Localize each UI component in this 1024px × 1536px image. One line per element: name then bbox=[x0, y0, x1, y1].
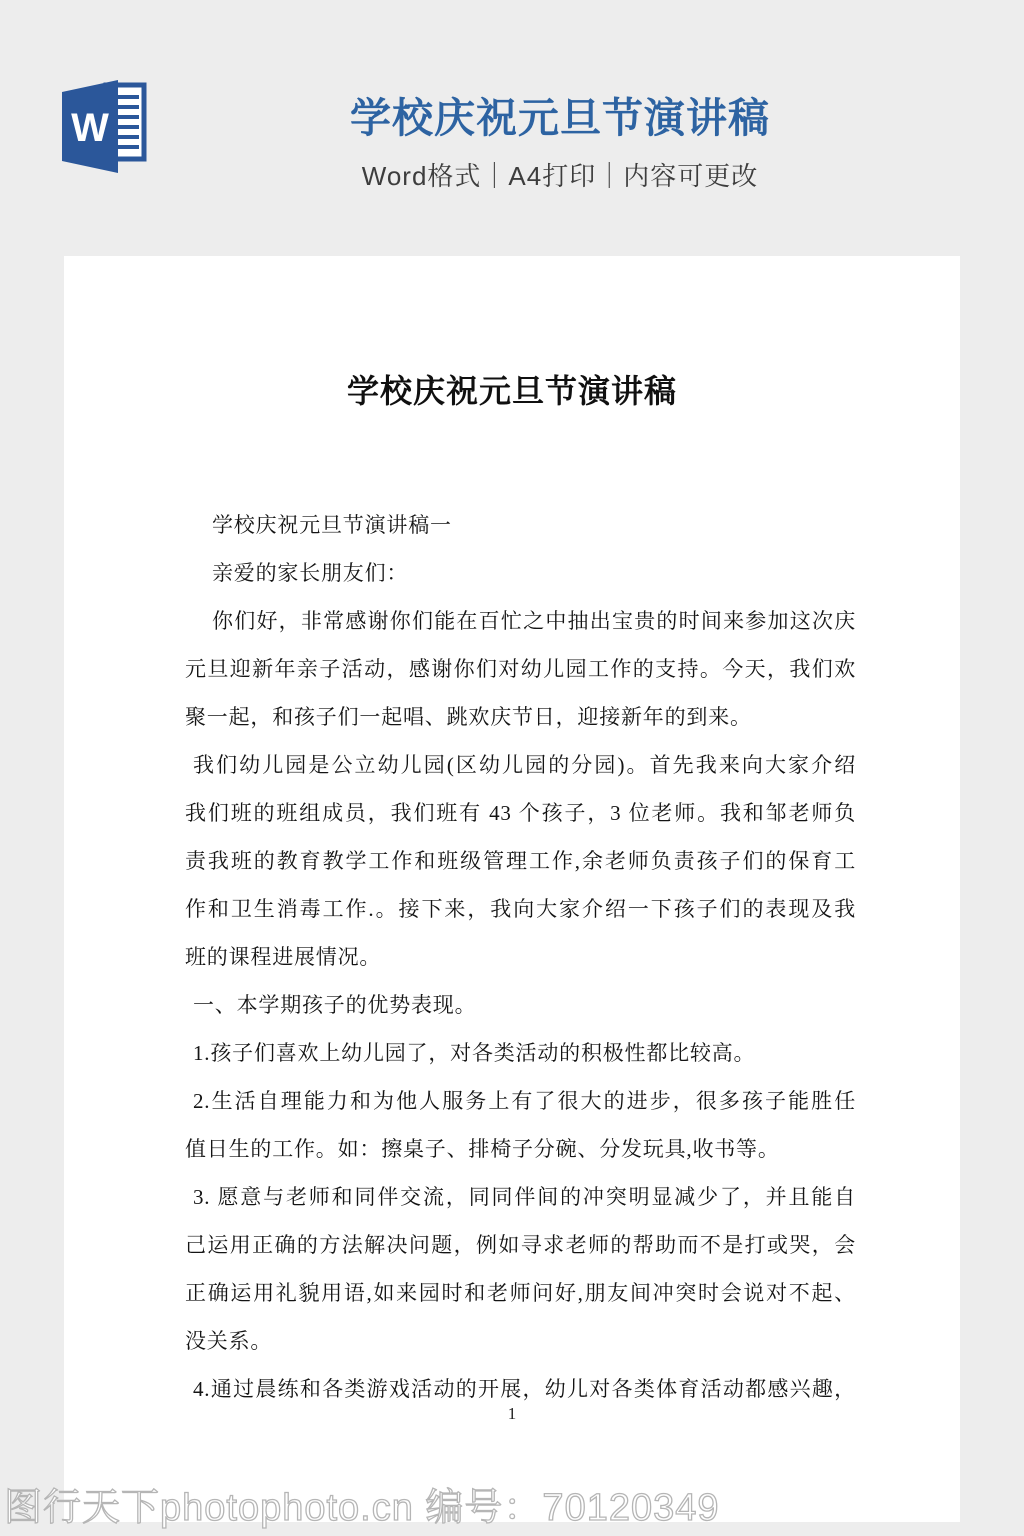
document-line: 值日生的工作。如：擦桌子、排椅子分碗、分发玩具,收书等。 bbox=[185, 1125, 856, 1173]
document-line: 没关系。 bbox=[185, 1317, 856, 1365]
document-line: 3. 愿意与老师和同伴交流，同同伴间的冲突明显减少了，并且能自 bbox=[185, 1173, 856, 1221]
document-line: 我们幼儿园是公立幼儿园(区幼儿园的分园)。首先我来向大家介绍 bbox=[185, 741, 856, 789]
document-line: 2.生活自理能力和为他人服务上有了很大的进步，很多孩子能胜任 bbox=[185, 1077, 856, 1125]
document-line: 己运用正确的方法解决问题，例如寻求老师的帮助而不是打或哭，会 bbox=[185, 1221, 856, 1269]
document-line: 班的课程进展情况。 bbox=[185, 933, 856, 981]
document-line: 1.孩子们喜欢上幼儿园了，对各类活动的积极性都比较高。 bbox=[185, 1029, 856, 1077]
header-template-title: 学校庆祝元旦节演讲稿 bbox=[300, 96, 820, 141]
document-page: 学校庆祝元旦节演讲稿 学校庆祝元旦节演讲稿一 亲爱的家长朋友们： 你们好，非常感… bbox=[64, 256, 960, 1522]
document-line: 你们好，非常感谢你们能在百忙之中抽出宝贵的时间来参加这次庆 bbox=[185, 597, 856, 645]
page-number: 1 bbox=[64, 1404, 960, 1424]
word-icon: W bbox=[62, 78, 148, 175]
document-line: 聚一起，和孩子们一起唱、跳欢庆节日，迎接新年的到来。 bbox=[185, 693, 856, 741]
header: 学校庆祝元旦节演讲稿 Word格式｜A4打印｜内容可更改 bbox=[300, 96, 820, 193]
document-line: 一、本学期孩子的优势表现。 bbox=[185, 981, 856, 1029]
document-line: 责我班的教育教学工作和班级管理工作,余老师负责孩子们的保育工 bbox=[185, 837, 856, 885]
header-format-subtitle: Word格式｜A4打印｜内容可更改 bbox=[300, 156, 820, 193]
watermark: 图行天下photophoto.cn 编号：70120349 bbox=[4, 1476, 720, 1531]
document-line: 元旦迎新年亲子活动，感谢你们对幼儿园工作的支持。今天，我们欢 bbox=[185, 645, 856, 693]
document-line: 亲爱的家长朋友们： bbox=[185, 549, 856, 597]
document-title: 学校庆祝元旦节演讲稿 bbox=[64, 366, 960, 412]
document-line: 正确运用礼貌用语,如来园时和老师问好,朋友间冲突时会说对不起、 bbox=[185, 1269, 856, 1317]
document-line: 我们班的班组成员，我们班有 43 个孩子，3 位老师。我和邹老师负 bbox=[185, 789, 856, 837]
word-icon-letter: W bbox=[71, 106, 109, 150]
document-body: 学校庆祝元旦节演讲稿一 亲爱的家长朋友们： 你们好，非常感谢你们能在百忙之中抽出… bbox=[185, 501, 856, 1413]
document-line: 作和卫生消毒工作.。接下来，我向大家介绍一下孩子们的表现及我 bbox=[185, 885, 856, 933]
document-line: 学校庆祝元旦节演讲稿一 bbox=[185, 501, 856, 549]
